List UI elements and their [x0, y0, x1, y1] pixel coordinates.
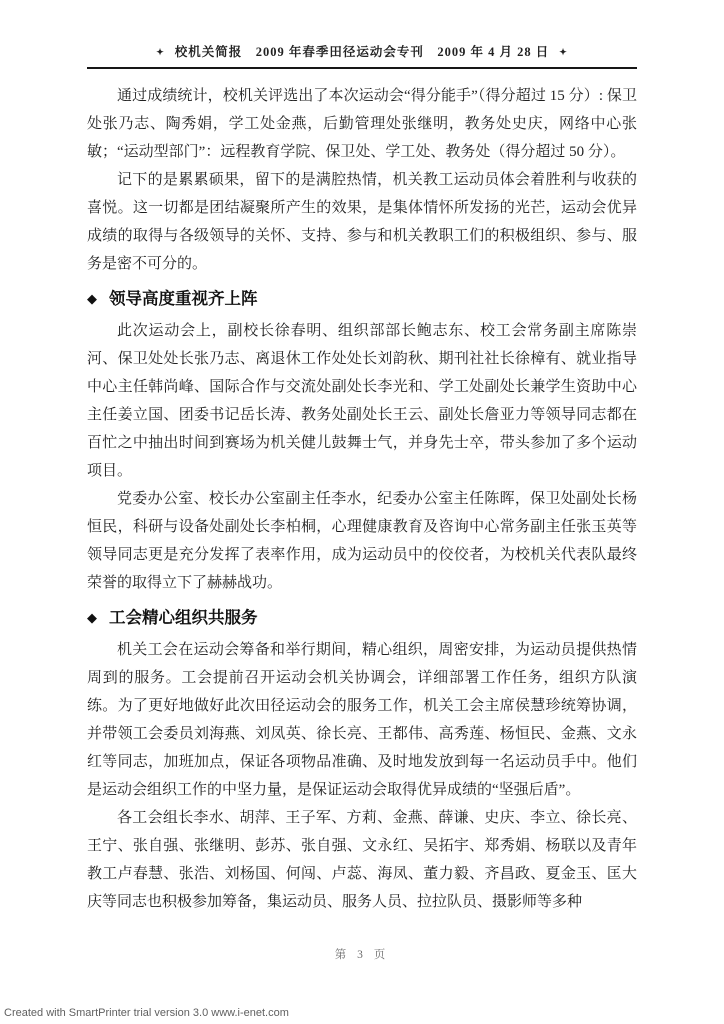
diamond-bullet-icon: ◆ — [87, 610, 97, 625]
header-title-line: ✦校机关简报 2009 年春季田径运动会专刊 2009 年 4 月 28 日✦ — [87, 42, 637, 60]
star-ornament-right-icon: ✦ — [549, 47, 578, 57]
section-heading-leaders: ◆领导高度重视齐上阵 — [87, 285, 637, 313]
section-heading-label: 领导高度重视齐上阵 — [109, 290, 258, 308]
paragraph-score-masters: 通过成绩统计，校机关评选出了本次运动会“得分能手”（得分超过 15 分）: 保卫… — [87, 82, 637, 166]
paragraph-union-organization: 机关工会在运动会筹备和举行期间，精心组织，周密安排，为运动员提供热情周到的服务。… — [87, 636, 637, 804]
document-body: 通过成绩统计，校机关评选出了本次运动会“得分能手”（得分超过 15 分）: 保卫… — [87, 82, 637, 916]
paragraph-summary: 记下的是累累硕果，留下的是满腔热情，机关教工运动员体会着胜利与收获的喜悦。这一切… — [87, 166, 637, 278]
diamond-bullet-icon: ◆ — [87, 291, 97, 306]
section-heading-label: 工会精心组织共服务 — [109, 609, 258, 627]
document-page: ✦校机关简报 2009 年春季田径运动会专刊 2009 年 4 月 28 日✦ … — [0, 0, 724, 1024]
document-title: 校机关简报 2009 年春季田径运动会专刊 2009 年 4 月 28 日 — [175, 45, 550, 59]
paragraph-union-members: 各工会组长李水、胡萍、王子军、方莉、金燕、薛谦、史庆、李立、徐长亮、王宁、张自强… — [87, 804, 637, 916]
header-divider — [87, 67, 637, 69]
paragraph-leaders-participation: 此次运动会上，副校长徐春明、组织部部长鲍志东、校工会常务副主席陈崇河、保卫处处长… — [87, 317, 637, 485]
star-ornament-left-icon: ✦ — [146, 47, 175, 57]
page-number: 第 3 页 — [0, 946, 724, 962]
paragraph-leaders-exemplary: 党委办公室、校长办公室副主任李水，纪委办公室主任陈晖，保卫处副处长杨恒民，科研与… — [87, 485, 637, 597]
watermark-text: Created with SmartPrinter trial version … — [4, 1007, 289, 1019]
section-heading-union: ◆工会精心组织共服务 — [87, 604, 637, 632]
page-header: ✦校机关简报 2009 年春季田径运动会专刊 2009 年 4 月 28 日✦ — [87, 0, 637, 69]
